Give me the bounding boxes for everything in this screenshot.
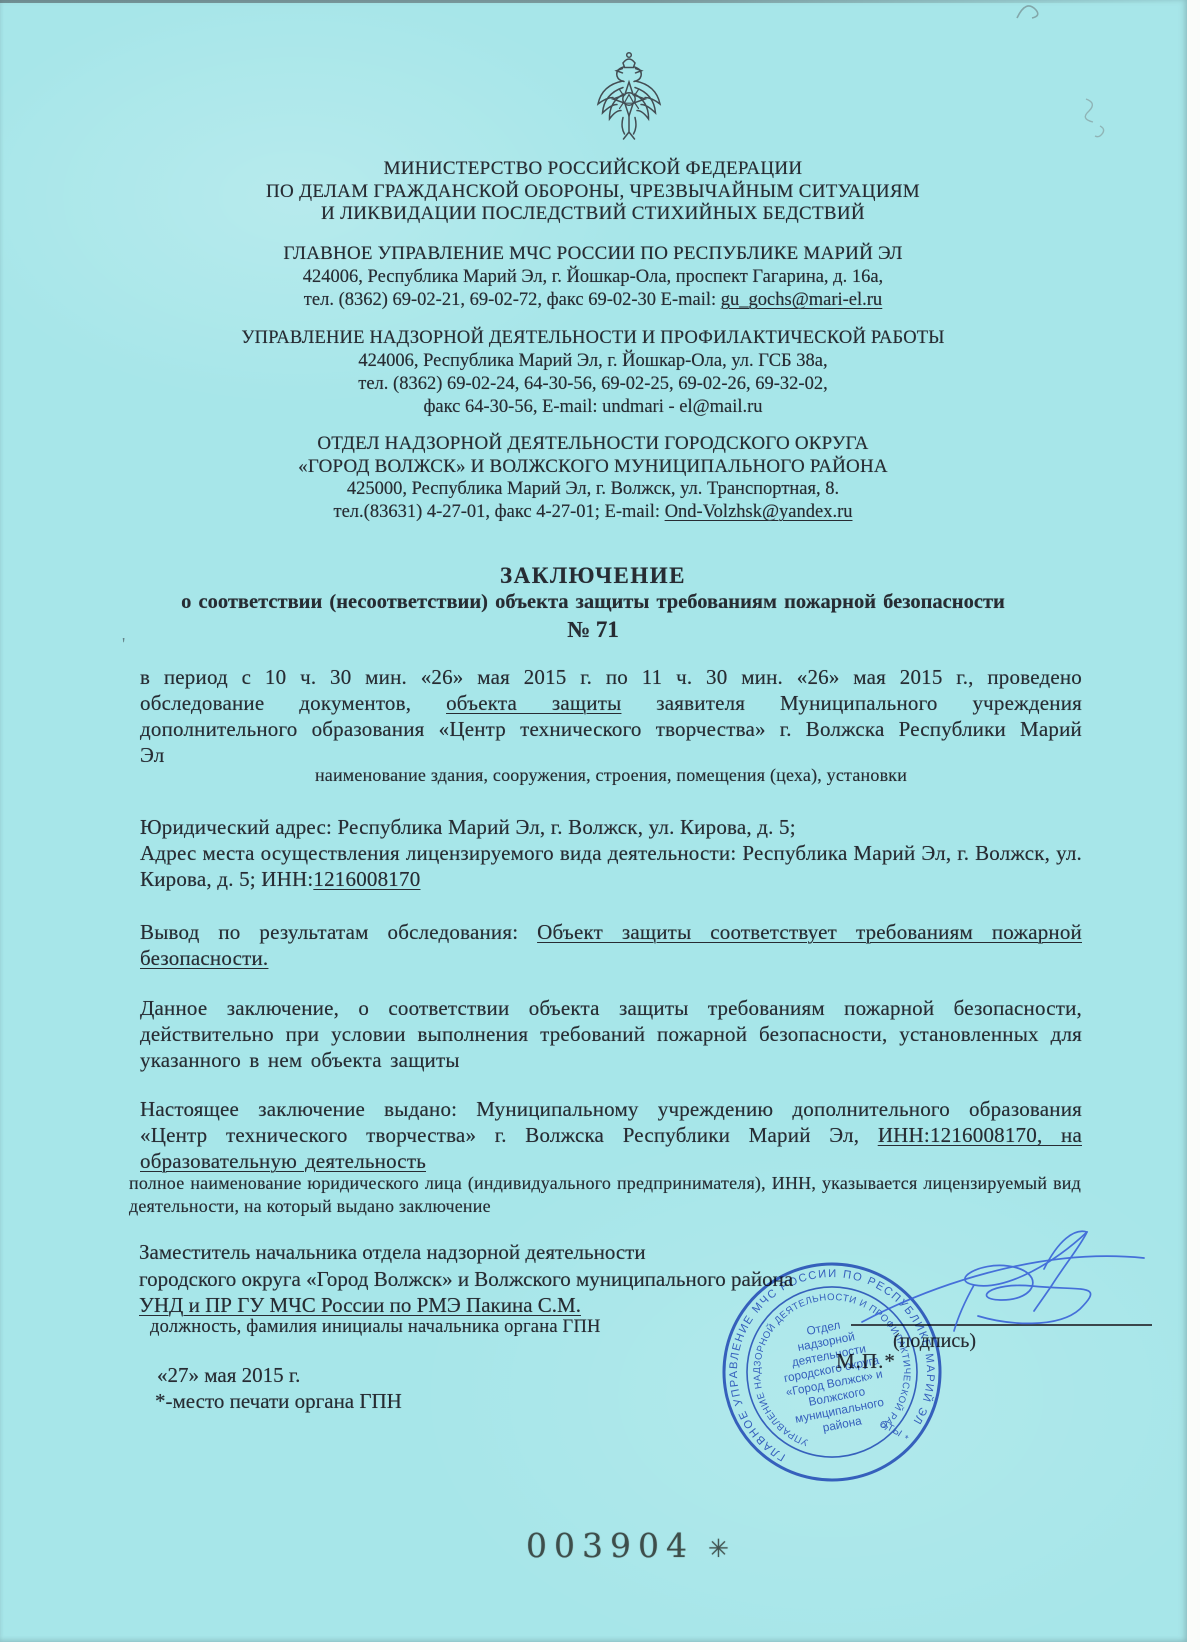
ond-title-line2: «ГОРОД ВОЛЖСК» И ВОЛЖСКОГО МУНИЦИПАЛЬНОГ… <box>0 455 1186 478</box>
inn-value: 1216008170 <box>313 867 420 891</box>
serial-number: 003904 <box>526 1526 694 1565</box>
scan-speck: ' <box>122 634 125 655</box>
issue-date: «27» мая 2015 г. <box>157 1363 300 1388</box>
ond-email: Ond-Volzhsk@yandex.ru <box>665 502 853 522</box>
inspection-paragraph: в период с 10 ч. 30 мин. «26» мая 2015 г… <box>140 664 1082 768</box>
ministry-line: И ЛИКВИДАЦИИ ПОСЛЕДСТВИЙ СТИХИЙНЫХ БЕДСТ… <box>0 203 1186 226</box>
ministry-line: МИНИСТЕРСТВО РОССИЙСКОЙ ФЕДЕРАЦИИ <box>0 158 1186 181</box>
gu-address: 424006, Республика Марий Эл, г. Йошкар-О… <box>0 266 1186 289</box>
validity-paragraph: Данное заключение, о соответствии объект… <box>140 995 1082 1073</box>
document-subtitle: о соответствии (несоответствии) объекта … <box>0 589 1186 616</box>
und-phones: тел. (8362) 69-02-24, 64-30-56, 69-02-25… <box>0 373 1186 396</box>
scan-artifact-pencil-marks <box>1078 96 1112 140</box>
serial-number-stamp: 003904✳ <box>526 1526 729 1565</box>
gu-contacts: тел. (8362) 69-02-21, 69-02-72, факс 69-… <box>0 289 1186 312</box>
ond-address: 425000, Республика Марий Эл, г. Волжск, … <box>0 478 1186 501</box>
und-title: УПРАВЛЕНИЕ НАДЗОРНОЙ ДЕЯТЕЛЬНОСТИ И ПРОФ… <box>0 327 1186 350</box>
serial-star-icon: ✳ <box>708 1534 729 1563</box>
emercom-eagle-emblem-icon <box>592 50 666 144</box>
address-paragraph: Юридический адрес: Республика Марий Эл, … <box>140 814 1082 892</box>
ministry-line: ПО ДЕЛАМ ГРАЖДАНСКОЙ ОБОРОНЫ, ЧРЕЗВЫЧАЙН… <box>0 181 1186 204</box>
stamp-footnote: *-место печати органа ГПН <box>155 1389 402 1414</box>
scan-top-edge <box>0 0 1184 3</box>
scan-artifact-curl <box>1014 3 1050 25</box>
und-fax-email: факс 64-30-56, E-mail: undmari - el@mail… <box>0 396 1186 419</box>
inspection-object-underlined: объекта защиты <box>446 691 621 715</box>
conclusion-label: Вывод по результатам обследования: <box>140 920 537 944</box>
document-title: ЗАКЛЮЧЕНИЕ <box>0 563 1186 589</box>
ministry-header: МИНИСТЕРСТВО РОССИЙСКОЙ ФЕДЕРАЦИИ ПО ДЕЛ… <box>0 158 1186 226</box>
ond-block: ОТДЕЛ НАДЗОРНОЙ ДЕЯТЕЛЬНОСТИ ГОРОДСКОГО … <box>0 432 1186 524</box>
document-title-block: ЗАКЛЮЧЕНИЕ о соответствии (несоответстви… <box>0 563 1186 644</box>
activity-address: Адрес места осуществления лицензируемого… <box>140 841 1082 891</box>
conclusion-paragraph: Вывод по результатам обследования: Объек… <box>140 919 1082 971</box>
und-address: 424006, Республика Марий Эл, г. Йошкар-О… <box>0 350 1186 373</box>
und-block: УПРАВЛЕНИЕ НАДЗОРНОЙ ДЕЯТЕЛЬНОСТИ И ПРОФ… <box>0 327 1186 419</box>
gu-mchs-block: ГЛАВНОЕ УПРАВЛЕНИЕ МЧС РОССИИ ПО РЕСПУБЛ… <box>0 242 1186 312</box>
ond-title-line1: ОТДЕЛ НАДЗОРНОЙ ДЕЯТЕЛЬНОСТИ ГОРОДСКОГО … <box>0 432 1186 455</box>
issued-caption: полное наименование юридического лица (и… <box>129 1172 1081 1217</box>
signatory-caption: должность, фамилия инициалы начальника о… <box>150 1317 601 1338</box>
legal-address: Юридический адрес: Республика Марий Эл, … <box>140 815 796 839</box>
object-name-caption: наименование здания, сооружения, строени… <box>140 765 1082 786</box>
gu-contacts-text: тел. (8362) 69-02-21, 69-02-72, факс 69-… <box>304 290 721 310</box>
document-number: № 71 <box>0 616 1186 644</box>
issued-paragraph: Настоящее заключение выдано: Муниципальн… <box>140 1096 1082 1174</box>
ond-contacts-text: тел.(83631) 4-27-01, факс 4-27-01; E-mai… <box>334 502 665 522</box>
gu-email: gu_gochs@mari-el.ru <box>721 290 882 310</box>
ond-contacts: тел.(83631) 4-27-01, факс 4-27-01; E-mai… <box>0 501 1186 524</box>
gu-title: ГЛАВНОЕ УПРАВЛЕНИЕ МЧС РОССИИ ПО РЕСПУБЛ… <box>0 242 1186 266</box>
handwritten-signature <box>848 1225 1158 1340</box>
